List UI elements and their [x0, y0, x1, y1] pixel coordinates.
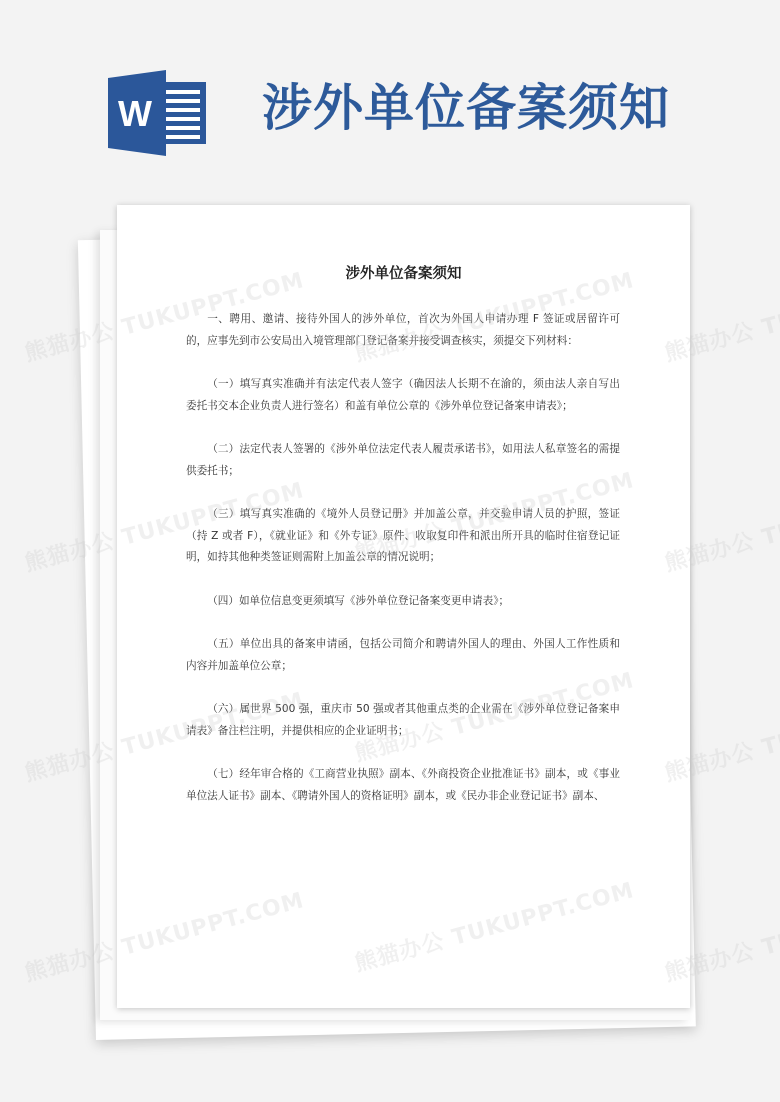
- document-body: 一、聘用、邀请、接待外国人的涉外单位，首次为外国人申请办理 F 签证或居留许可的…: [186, 309, 620, 829]
- header-title: 涉外单位备案须知: [262, 78, 670, 138]
- paragraph-item-2: （二）法定代表人签署的《涉外单位法定代表人履责承诺书》，如用法人私章签名的需提供…: [186, 439, 620, 482]
- word-icon: W: [108, 70, 208, 156]
- paragraph-item-6: （六）属世界 500 强，重庆市 50 强或者其他重点类的企业需在《涉外单位登记…: [186, 699, 620, 742]
- svg-text:W: W: [118, 93, 152, 134]
- paragraph-item-1: （一）填写真实准确并有法定代表人签字（确因法人长期不在渝的，须由法人亲自写出委托…: [186, 374, 620, 417]
- header-banner: W 涉外单位备案须知: [0, 0, 780, 190]
- document-title: 涉外单位备案须知: [117, 262, 690, 283]
- document-page: 涉外单位备案须知 一、聘用、邀请、接待外国人的涉外单位，首次为外国人申请办理 F…: [117, 205, 690, 1008]
- paragraph-item-3: （三）填写真实准确的《境外人员登记册》并加盖公章，并交验申请人员的护照，签证（持…: [186, 504, 620, 569]
- paragraph-item-7: （七）经年审合格的《工商营业执照》副本、《外商投资企业批准证书》副本，或《事业单…: [186, 764, 620, 807]
- paragraph-intro: 一、聘用、邀请、接待外国人的涉外单位，首次为外国人申请办理 F 签证或居留许可的…: [186, 309, 620, 352]
- paragraph-item-4: （四）如单位信息变更须填写《涉外单位登记备案变更申请表》；: [186, 591, 620, 613]
- paragraph-item-5: （五）单位出具的备案申请函，包括公司简介和聘请外国人的理由、外国人工作性质和内容…: [186, 634, 620, 677]
